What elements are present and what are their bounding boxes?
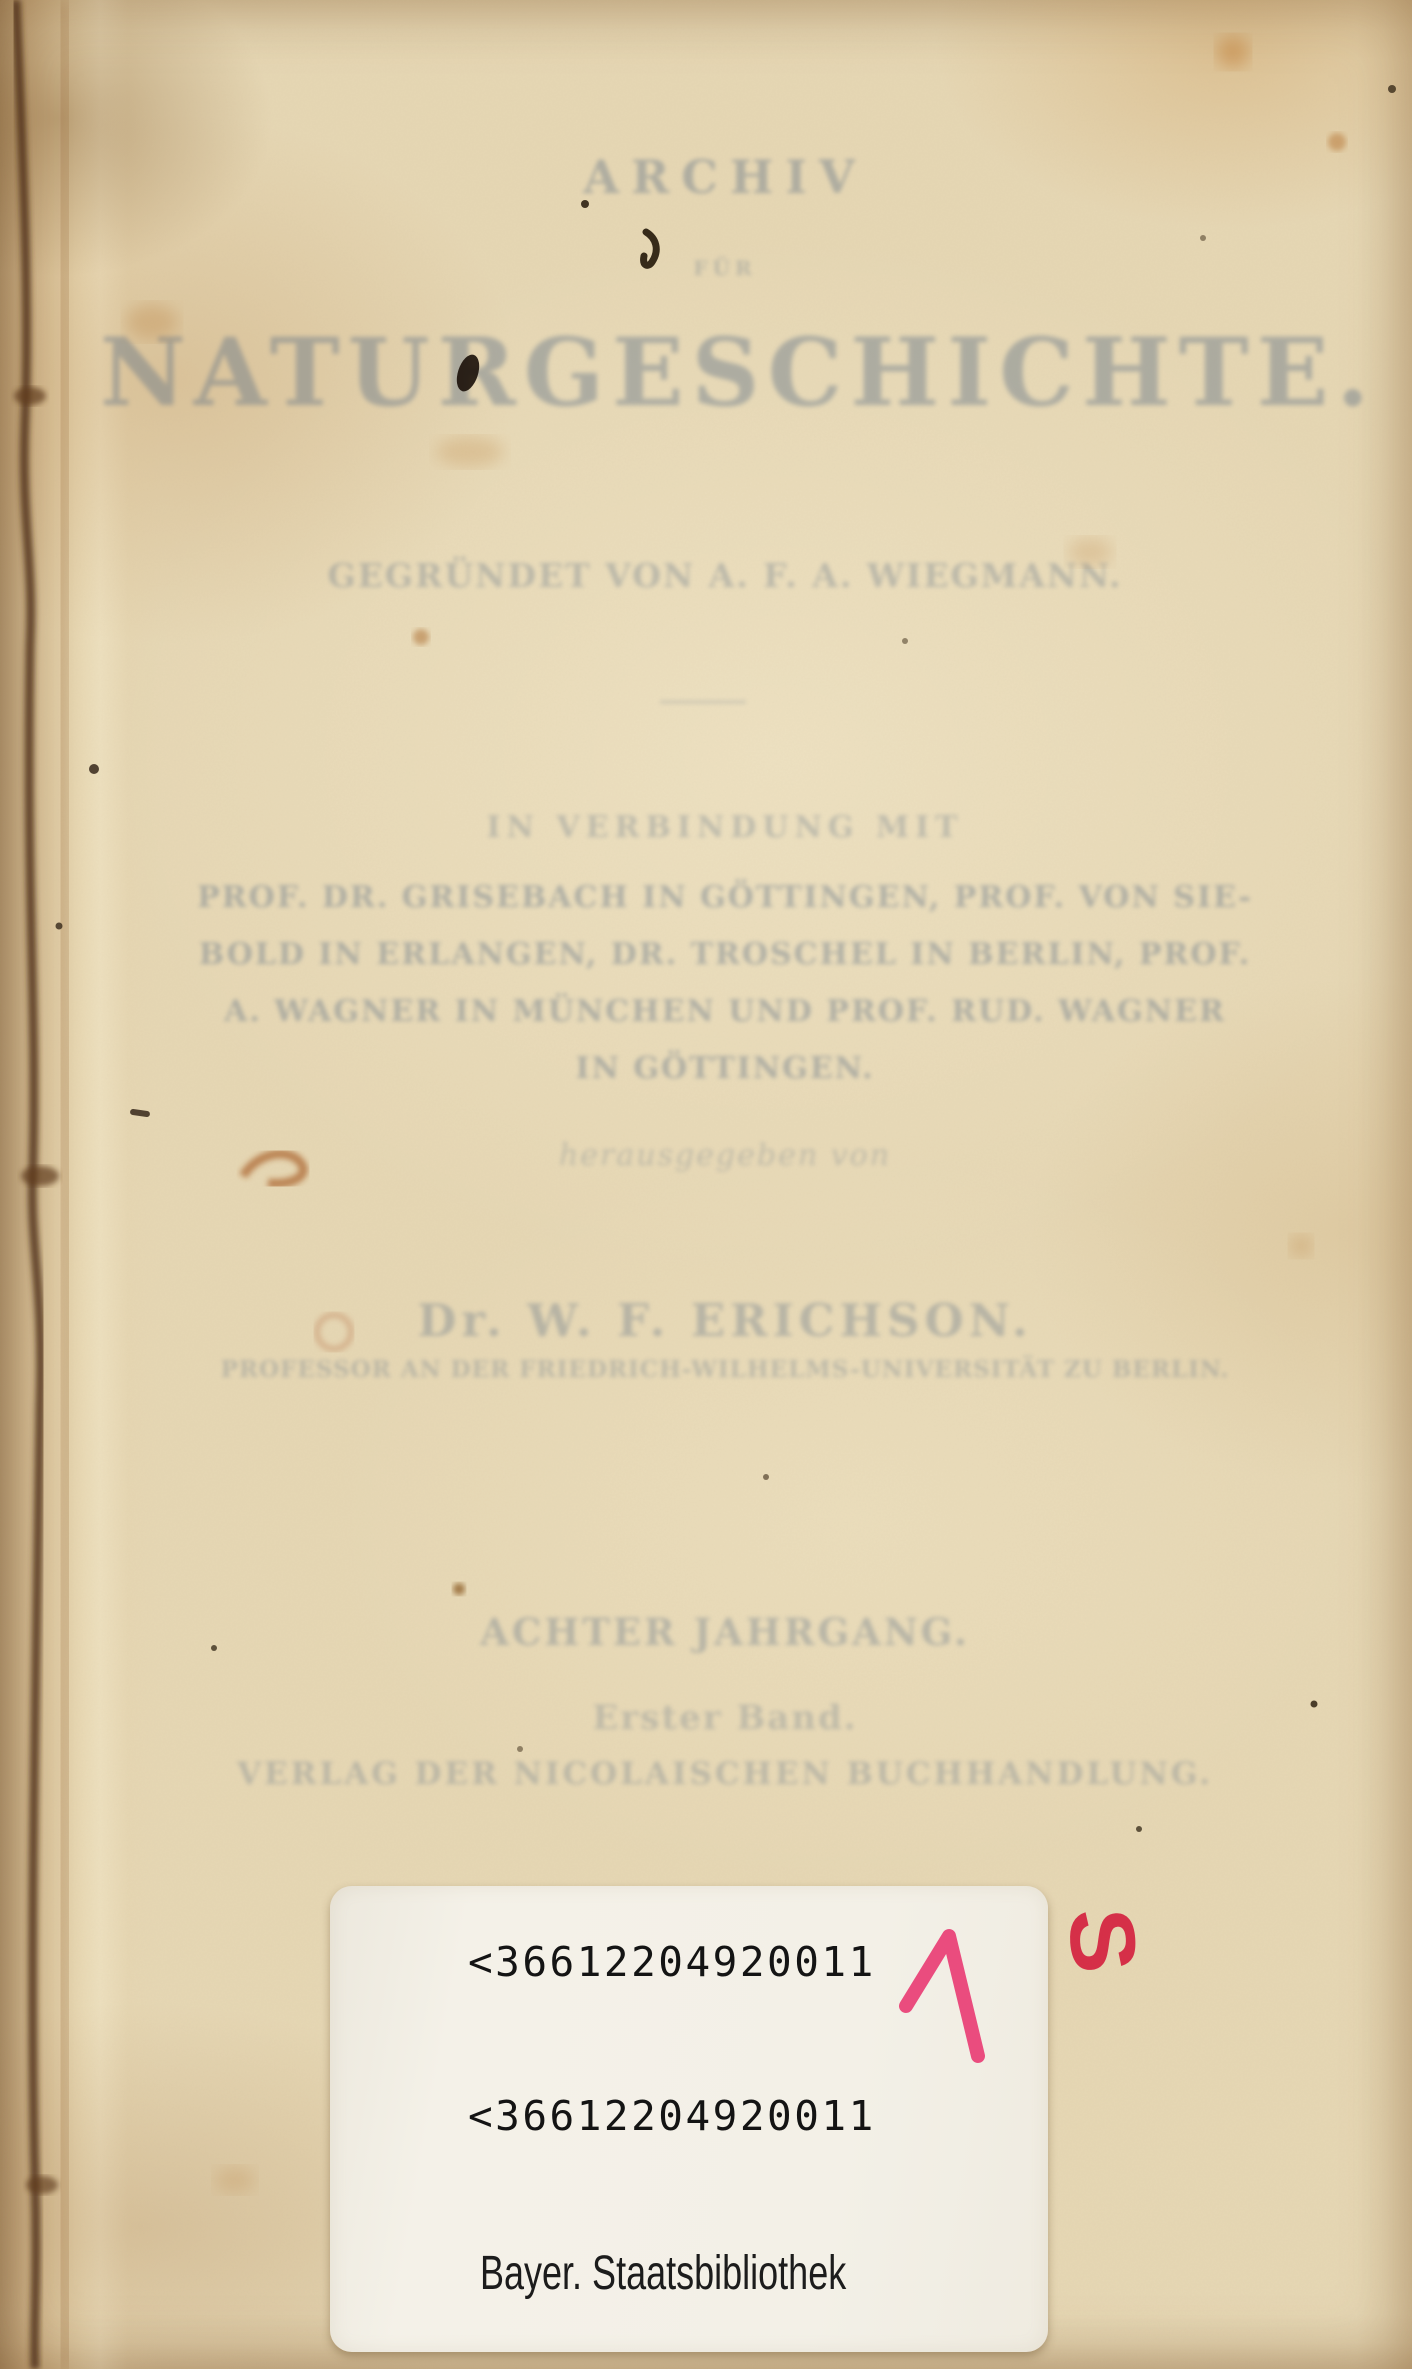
editors-line-4-faded: IN GÖTTINGEN. [100,1051,1350,1086]
band-line-faded: Erster Band. [100,1698,1350,1738]
founder-line-faded: GEGRÜNDET VON A. F. A. WIEGMANN. [100,556,1350,595]
spine-crease-line [16,0,41,2369]
ink-speck [763,1474,769,1480]
editors-line-2-faded: BOLD IN ERLANGEN, DR. TROSCHEL IN BERLIN… [100,937,1350,972]
in-verbindung-line-faded: IN VERBINDUNG MIT [100,810,1350,845]
editors-line-1-faded: PROF. DR. GRISEBACH IN GÖTTINGEN, PROF. … [100,880,1350,915]
ink-speck [1388,85,1396,93]
publisher-line-faded: VERLAG DER NICOLAISCHEN BUCHHANDLUNG. [100,1756,1350,1792]
binding-knot [26,2176,58,2194]
ink-speck [130,1109,151,1118]
ink-speck [1136,1826,1142,1832]
faint-rule [660,700,746,704]
foxing-stain [1328,133,1346,151]
ink-speck [56,923,63,930]
herausgegeben-line-faded: herausgegeben von [100,1138,1350,1173]
editor-affiliation-faded: PROFESSOR AN DER FRIEDRICH-WILHELMS-UNIV… [100,1356,1350,1383]
ink-speck [89,764,99,774]
spine-fold-shadow [61,0,68,2369]
shelfmark-number-1: <36612204920011 [468,1938,876,1986]
foxing-stain [436,437,504,467]
ink-speck [517,1746,523,1752]
red-letter-s-mark: S [1038,1880,1156,2003]
library-name-text: Bayer. Staatsbibliothek [480,2246,846,2301]
foxing-stain [413,629,429,645]
ink-speck [1200,235,1206,241]
series-title-faded: ARCHIV [100,150,1350,204]
foxing-stain [215,2167,255,2193]
volume-line-faded: ACHTER JAHRGANG. [100,1610,1350,1654]
main-title-faded: NATURGESCHICHTE. [100,318,1350,428]
book-page-scan: ARCHIV FÜR NATURGESCHICHTE. GEGRÜNDET VO… [0,0,1412,2369]
series-connector-faded: FÜR [100,256,1350,280]
binding-knot [21,1166,59,1186]
library-barcode-label: <36612204920011 <36612204920011 Bayer. S… [330,1886,1048,2352]
ink-speck [902,638,908,644]
foxing-stain [1217,36,1249,68]
foxing-stain [453,1583,465,1595]
shelfmark-number-2: <36612204920011 [468,2092,876,2140]
editor-name-faded: Dr. W. F. ERICHSON. [100,1294,1350,1347]
editors-line-3-faded: A. WAGNER IN MÜNCHEN UND PROF. RUD. WAGN… [100,994,1350,1029]
binding-knot [14,387,46,405]
foxing-stain [1290,1235,1312,1257]
